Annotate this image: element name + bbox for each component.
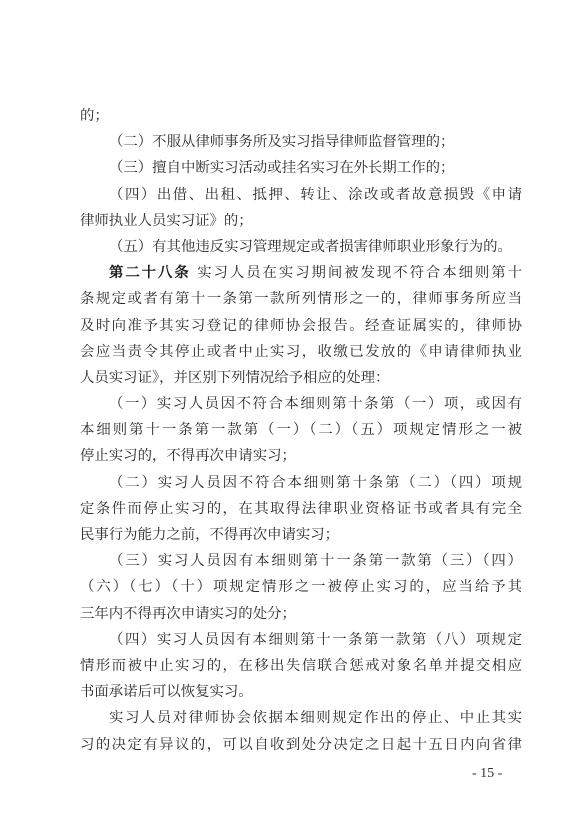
text-line: （一）实习人员因不符合本细则第十条第（一）项，或因有 (80, 391, 522, 417)
line-text: （四）出借、出租、抵押、转让、涂改或者故意损毁《申请 (109, 187, 522, 203)
text-line: 人员实习证》，并区别下列情况给予相应的处理： (80, 365, 522, 391)
line-text: 书面承诺后可以恢复实习。 (80, 684, 253, 700)
text-line: 实习人员对律师协会依据本细则规定作出的停止、中止其实 (80, 705, 522, 731)
document-page: 的；（二）不服从律师事务所及实习指导律师监督管理的；（三）擅自中断实习活动或挂名… (0, 0, 587, 829)
line-text: 会应当责令其停止或者中止实习，收缴已发放的《申请律师执业 (80, 344, 522, 360)
article-heading: 第二十八条 (109, 264, 191, 281)
line-text: （三）擅自中断实习活动或挂名实习在外长期工作的； (109, 160, 454, 176)
text-line: （五）有其他违反实习管理规定或者损害律师职业形象行为的。 (80, 234, 522, 260)
line-text: 的； (80, 108, 109, 124)
text-line: 停止实习的，不得再次申请实习； (80, 443, 522, 469)
line-text: 民事行为能力之前，不得再次申请实习； (80, 527, 339, 543)
text-line: 第二十八条 实习人员在实习期间被发现不符合本细则第十 (80, 260, 522, 286)
line-text: 实习人员对律师协会依据本细则规定作出的停止、中止其实 (109, 710, 522, 726)
text-line: （三）擅自中断实习活动或挂名实习在外长期工作的； (80, 155, 522, 181)
document-body: 的；（二）不服从律师事务所及实习指导律师监督管理的；（三）擅自中断实习活动或挂名… (80, 103, 522, 758)
text-line: 本细则第十一条第一款第（一）（二）（五）项规定情形之一被 (80, 417, 522, 443)
line-text: 及时向准予其实习登记的律师协会报告。经查证属实的，律师协 (80, 318, 522, 334)
text-line: 书面承诺后可以恢复实习。 (80, 679, 522, 705)
line-text: （二）实习人员因不符合本细则第十条第（二）（四）项规 (109, 475, 522, 491)
text-line: 三年内不得再次申请实习的处分； (80, 601, 522, 627)
text-line: （二）不服从律师事务所及实习指导律师监督管理的； (80, 129, 522, 155)
text-line: 的； (80, 103, 522, 129)
text-line: 条规定或者有第十一条第一款所列情形之一的，律师事务所应当 (80, 286, 522, 312)
line-text: 定条件而停止实习的，在其取得法律职业资格证书或者具有完全 (80, 501, 522, 517)
line-text: （二）不服从律师事务所及实习指导律师监督管理的； (109, 134, 454, 150)
line-text: 习的决定有异议的，可以自收到处分决定之日起十五日内向省律 (80, 737, 522, 753)
text-line: 会应当责令其停止或者中止实习，收缴已发放的《申请律师执业 (80, 339, 522, 365)
text-line: 律师执业人员实习证》的； (80, 208, 522, 234)
line-text: 实习人员在实习期间被发现不符合本细则第十 (191, 265, 522, 281)
line-text: 三年内不得再次申请实习的处分； (80, 606, 296, 622)
line-text: 条规定或者有第十一条第一款所列情形之一的，律师事务所应当 (80, 291, 522, 307)
text-line: （四）实习人员因有本细则第十一条第一款第（八）项规定 (80, 627, 522, 653)
line-text: 律师执业人员实习证》的； (80, 213, 253, 229)
line-text: 情形而被中止实习的，在移出失信联合惩戒对象名单并提交相应 (80, 658, 522, 674)
text-line: （三）实习人员因有本细则第十一条第一款第（三）（四） (80, 548, 522, 574)
text-line: （六）（七）（十）项规定情形之一被停止实习的，应当给予其 (80, 574, 522, 600)
line-text: （四）实习人员因有本细则第十一条第一款第（八）项规定 (109, 632, 522, 648)
text-line: （二）实习人员因不符合本细则第十条第（二）（四）项规 (80, 470, 522, 496)
text-line: 及时向准予其实习登记的律师协会报告。经查证属实的，律师协 (80, 313, 522, 339)
text-line: 情形而被中止实习的，在移出失信联合惩戒对象名单并提交相应 (80, 653, 522, 679)
page-number: - 15 - (472, 766, 502, 782)
line-text: 人员实习证》，并区别下列情况给予相应的处理： (80, 370, 389, 386)
text-line: 定条件而停止实习的，在其取得法律职业资格证书或者具有完全 (80, 496, 522, 522)
line-text: （五）有其他违反实习管理规定或者损害律师职业形象行为的。 (109, 239, 512, 255)
line-text: （六）（七）（十）项规定情形之一被停止实习的，应当给予其 (80, 579, 522, 595)
line-text: （一）实习人员因不符合本细则第十条第（一）项，或因有 (109, 396, 522, 412)
text-line: （四）出借、出租、抵押、转让、涂改或者故意损毁《申请 (80, 182, 522, 208)
text-line: 民事行为能力之前，不得再次申请实习； (80, 522, 522, 548)
line-text: （三）实习人员因有本细则第十一条第一款第（三）（四） (109, 553, 522, 569)
line-text: 本细则第十一条第一款第（一）（二）（五）项规定情形之一被 (80, 422, 522, 438)
text-line: 习的决定有异议的，可以自收到处分决定之日起十五日内向省律 (80, 732, 522, 758)
line-text: 停止实习的，不得再次申请实习； (80, 448, 296, 464)
